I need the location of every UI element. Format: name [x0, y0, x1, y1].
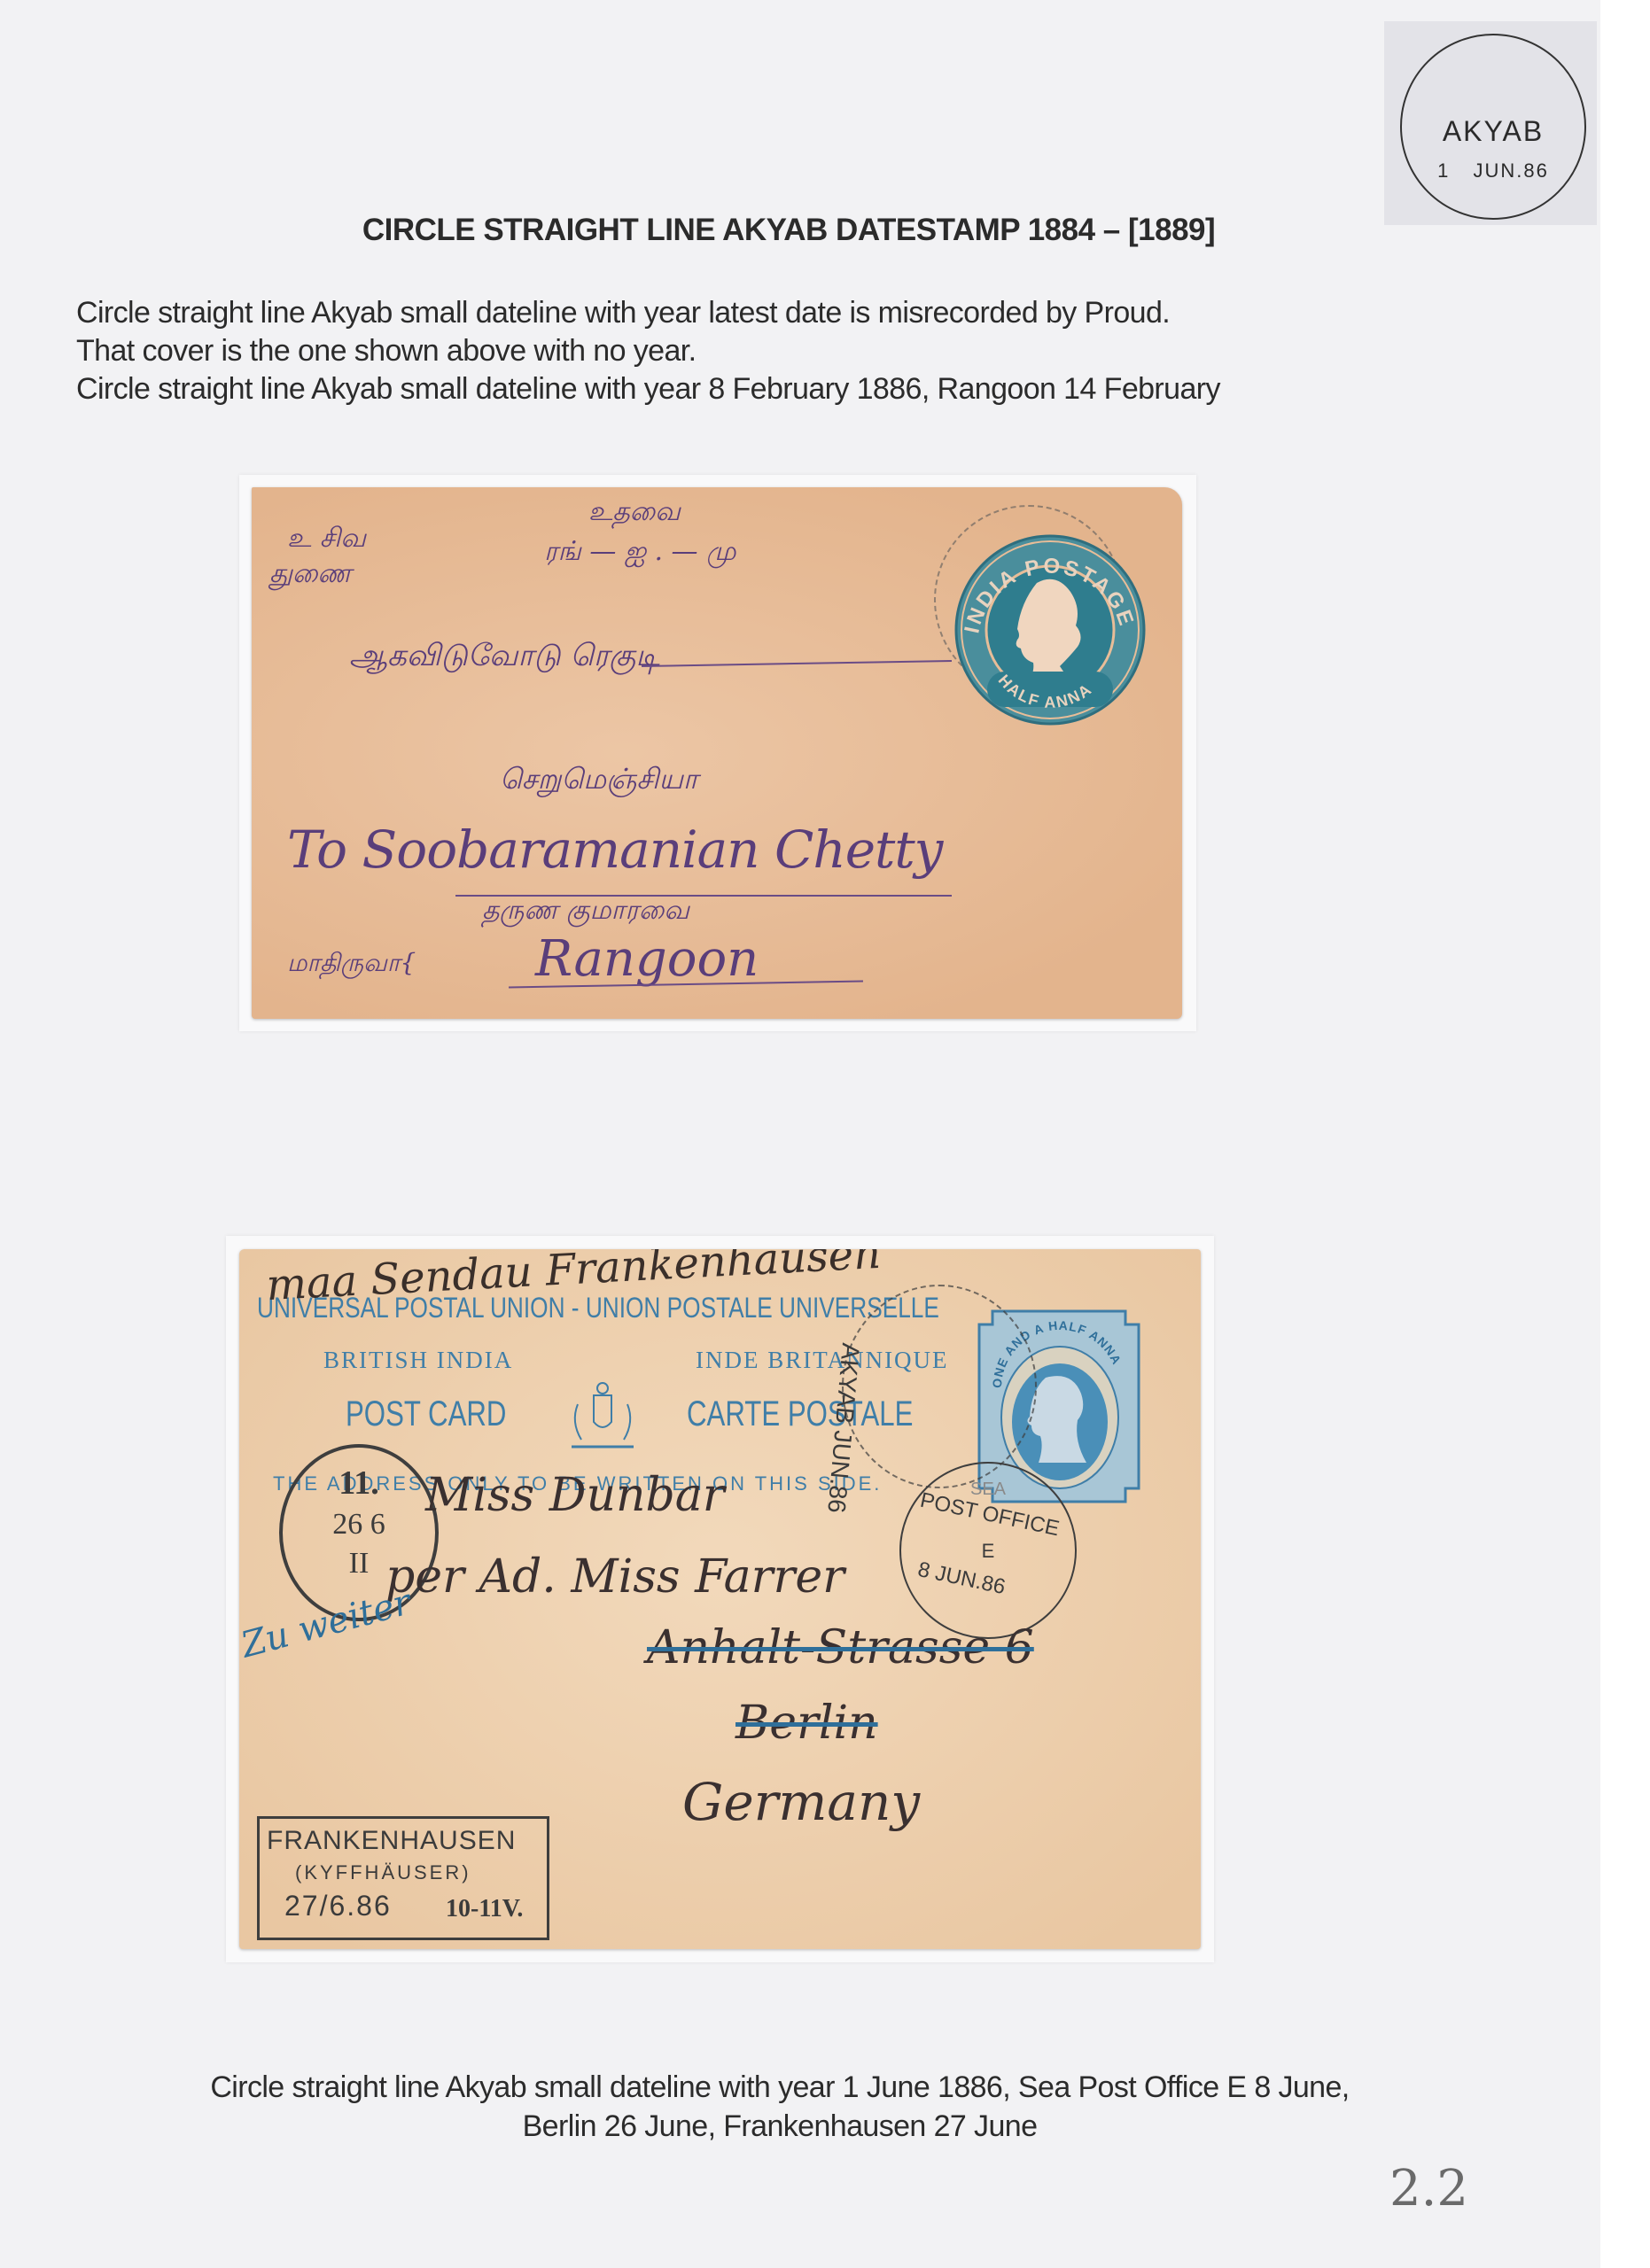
page-edge: [1600, 0, 1650, 2268]
address-line-2: per Ad. Miss Farrer: [385, 1550, 844, 1604]
datestamp-date: 1 JUN.86: [1402, 159, 1584, 183]
tamil-handwriting: செறுமெஞ்சியா: [500, 762, 698, 799]
berlin-pm-line1: 11.: [283, 1464, 435, 1503]
intro-line: That cover is the one shown above with n…: [76, 332, 1459, 370]
ink-line: [642, 660, 952, 667]
intro-text: Circle straight line Akyab small datelin…: [76, 294, 1459, 408]
tamil-handwriting: உ சிவ: [287, 523, 366, 557]
frankenhausen-postmark: FRANKENHAUSEN (KYFFHÄUSER) 27/6.86 10-11…: [257, 1816, 549, 1940]
page-title: CIRCLE STRAIGHT LINE AKYAB DATESTAMP 188…: [0, 213, 1577, 248]
card-country-en: BRITISH INDIA: [323, 1347, 513, 1374]
address-line-4: Berlin: [735, 1697, 878, 1750]
sea-post-office-postmark: SEA POST OFFICE E 8 JUN.86: [899, 1462, 1077, 1639]
frankenhausen-pm-line1: FRANKENHAUSEN: [267, 1826, 516, 1856]
frankenhausen-pm-time: 10-11V.: [446, 1895, 523, 1923]
page-number: 2.2: [1389, 2160, 1468, 2218]
intro-line: Circle straight line Akyab small datelin…: [76, 370, 1459, 408]
tamil-handwriting: ஆகவிடுவோடு ரெகுடி: [349, 638, 659, 677]
caption-line: Circle straight line Akyab small datelin…: [0, 2068, 1560, 2107]
frankenhausen-pm-date: 27/6.86: [284, 1890, 392, 1922]
post-card: UNIVERSAL POSTAL UNION - UNION POSTALE U…: [239, 1249, 1201, 1949]
address-line-2: Rangoon: [535, 930, 759, 988]
card-title-en: POST CARD: [346, 1394, 506, 1434]
datestamp-circle: AKYAB 1 JUN.86: [1400, 34, 1586, 220]
tamil-handwriting: தருண குமாரவை: [482, 895, 689, 929]
tamil-handwriting: ரங் — ஐ . — மு: [544, 536, 735, 571]
datestamp-illustration: AKYAB 1 JUN.86: [1384, 21, 1597, 225]
datestamp-month-year: JUN.86: [1474, 159, 1549, 182]
royal-coat-of-arms-icon: [558, 1378, 647, 1457]
frankenhausen-pm-line2: (KYFFHÄUSER): [295, 1861, 471, 1884]
address-line-1: Miss Dunbar: [425, 1469, 725, 1522]
address-line-5: Germany: [682, 1772, 920, 1832]
tamil-handwriting: உதவை: [588, 496, 681, 531]
address-line-1: To Soobaramanian Chetty: [287, 819, 942, 880]
datestamp-day: 1: [1437, 159, 1450, 182]
cover-envelope: INDIA POSTAGE HALF ANNA உ சிவ துணை உதவை …: [252, 487, 1182, 1019]
caption: Circle straight line Akyab small datelin…: [0, 2068, 1560, 2146]
india-postage-half-anna-stamp-icon: INDIA POSTAGE HALF ANNA: [952, 530, 1147, 729]
caption-line: Berlin 26 June, Frankenhausen 27 June: [0, 2107, 1560, 2146]
address-line-3: Anhalt-Strasse 6: [647, 1621, 1034, 1674]
tamil-handwriting: மாதிருவா{: [287, 948, 416, 981]
berlin-pm-date: 26 6: [283, 1508, 435, 1542]
datestamp-town: AKYAB: [1402, 115, 1584, 148]
intro-line: Circle straight line Akyab small datelin…: [76, 294, 1459, 332]
akyab-postmark: [842, 1285, 1037, 1488]
sea-pm-date: 8 JUN.86: [915, 1557, 1008, 1600]
tamil-handwriting: துணை: [269, 558, 352, 593]
